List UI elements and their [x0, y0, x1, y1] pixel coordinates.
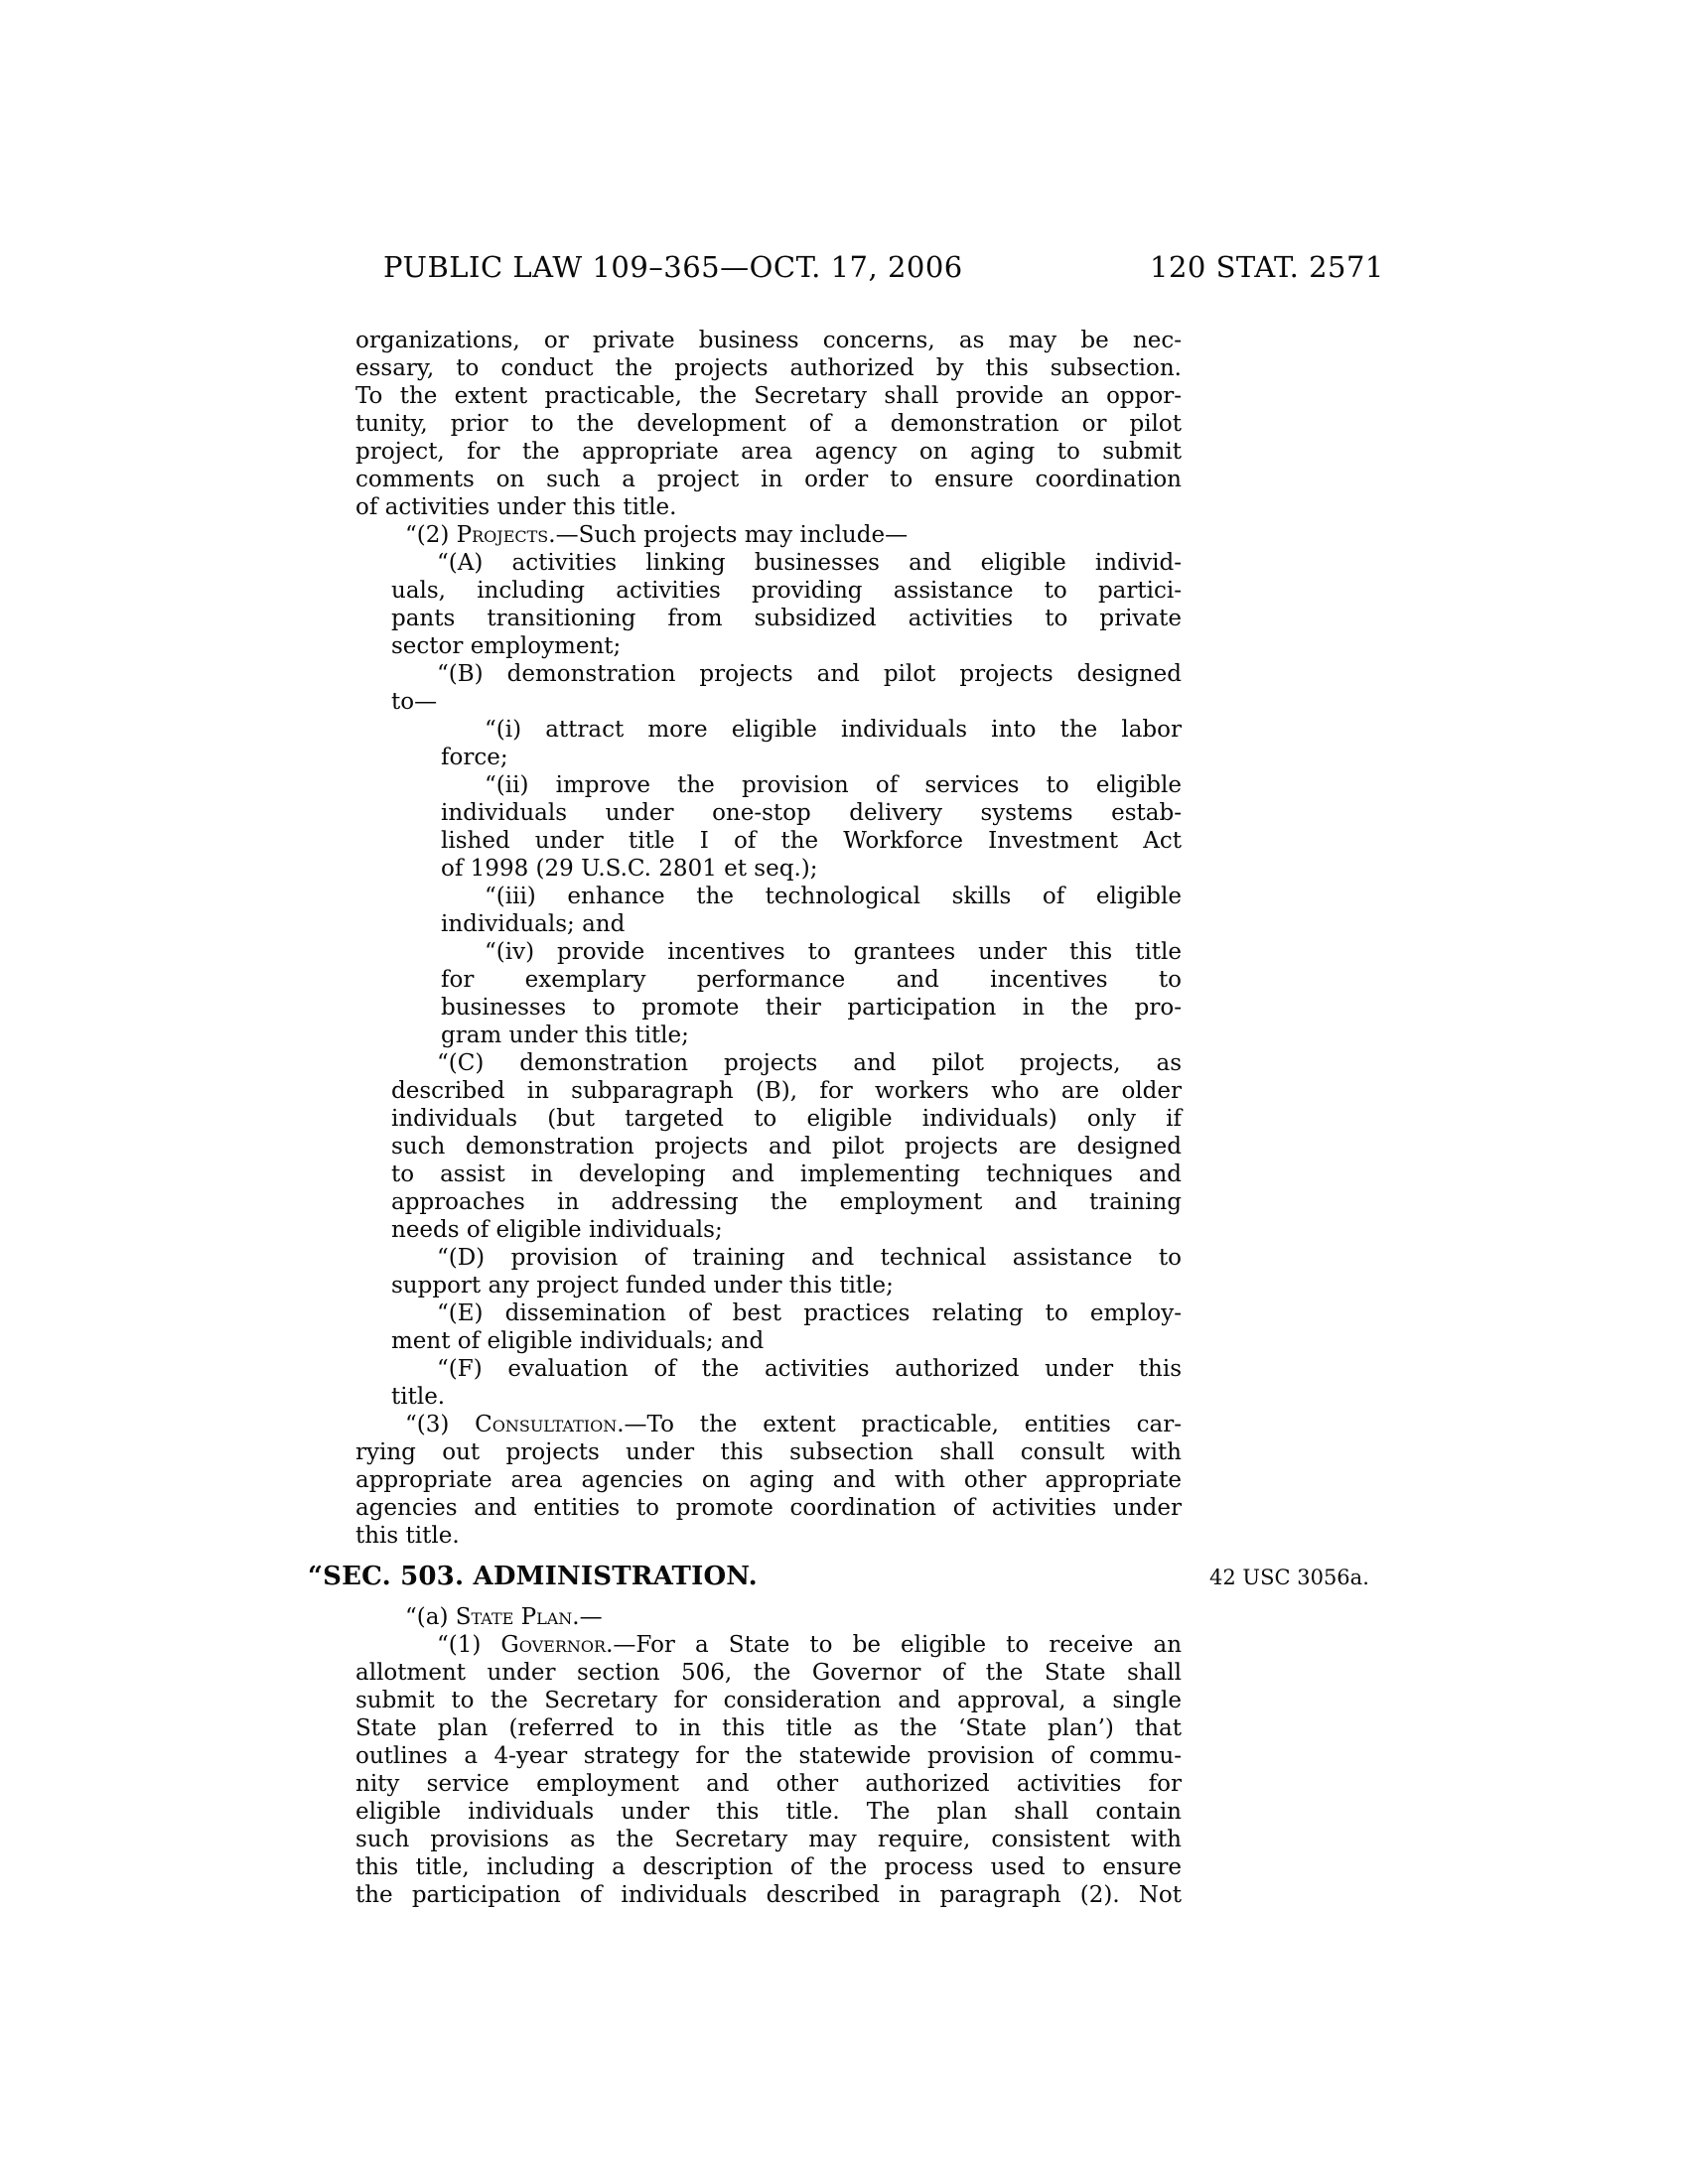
- statute-line: submit to the Secretary for consideratio…: [355, 1687, 1182, 1714]
- statute-line: “(1) Governor.—For a State to be eligibl…: [355, 1631, 1182, 1659]
- statute-line: described in subparagraph (B), for worke…: [355, 1077, 1182, 1105]
- statute-line: “(i) attract more eligible individuals i…: [355, 716, 1182, 744]
- statute-line: “(F) evaluation of the activities author…: [355, 1355, 1182, 1383]
- statute-line: of activities under this title.: [355, 493, 1182, 521]
- statute-line: gram under this title;: [355, 1022, 1182, 1049]
- statute-line: support any project funded under this ti…: [355, 1272, 1182, 1299]
- running-header-law-title: PUBLIC LAW 109–365—OCT. 17, 2006: [383, 251, 963, 283]
- statute-line: outlines a 4-year strategy for the state…: [355, 1742, 1182, 1770]
- statute-line: individuals (but targeted to eligible in…: [355, 1105, 1182, 1133]
- statute-line: such provisions as the Secretary may req…: [355, 1826, 1182, 1853]
- statute-line: ment of eligible individuals; and: [355, 1327, 1182, 1355]
- statute-line: State plan (referred to in this title as…: [355, 1714, 1182, 1742]
- statute-line: this title, including a description of t…: [355, 1853, 1182, 1881]
- statute-line: needs of eligible individuals;: [355, 1216, 1182, 1244]
- section-heading: “SEC. 503. ADMINISTRATION.: [308, 1562, 1182, 1591]
- statute-line: agencies and entities to promote coordin…: [355, 1494, 1182, 1522]
- statute-line: title.: [355, 1383, 1182, 1411]
- statute-line: nity service employment and other author…: [355, 1770, 1182, 1798]
- statute-line: “(B) demonstration projects and pilot pr…: [355, 660, 1182, 688]
- statute-line: this title.: [355, 1522, 1182, 1550]
- statute-line: “(iv) provide incentives to grantees und…: [355, 938, 1182, 966]
- statute-line: eligible individuals under this title. T…: [355, 1798, 1182, 1826]
- statute-line: pants transitioning from subsidized acti…: [355, 605, 1182, 632]
- statute-line: “(ii) improve the provision of services …: [355, 771, 1182, 799]
- statute-line: “(A) activities linking businesses and e…: [355, 549, 1182, 577]
- statute-line: allotment under section 506, the Governo…: [355, 1659, 1182, 1687]
- post-section-text-block: “(a) State Plan.—“(1) Governor.—For a St…: [355, 1603, 1182, 1909]
- statute-line: essary, to conduct the projects authoriz…: [355, 354, 1182, 382]
- running-header-stat-page-number: 120 STAT. 2571: [1150, 251, 1384, 283]
- statute-line: “(iii) enhance the technological skills …: [355, 883, 1182, 910]
- uscode-margin-note: 42 USC 3056a.: [1209, 1566, 1369, 1589]
- statute-line: lished under title I of the Workforce In…: [355, 827, 1182, 855]
- statute-line: force;: [355, 744, 1182, 771]
- statute-line: individuals; and: [355, 910, 1182, 938]
- statute-line: “(3) Consultation.—To the extent practic…: [355, 1411, 1182, 1438]
- statute-line: to—: [355, 688, 1182, 716]
- statute-line: “(D) provision of training and technical…: [355, 1244, 1182, 1272]
- statute-page: PUBLIC LAW 109–365—OCT. 17, 2006 120 STA…: [0, 0, 1688, 2184]
- statute-line: uals, including activities providing ass…: [355, 577, 1182, 605]
- statute-line: for exemplary performance and incentives…: [355, 966, 1182, 994]
- statute-line: such demonstration projects and pilot pr…: [355, 1133, 1182, 1160]
- statute-line: “(C) demonstration projects and pilot pr…: [355, 1049, 1182, 1077]
- statute-line: the participation of individuals describ…: [355, 1881, 1182, 1909]
- text-column: organizations, or private business conce…: [355, 327, 1182, 1909]
- small-caps-term: Projects: [457, 522, 549, 548]
- small-caps-term: Governor: [500, 1632, 606, 1658]
- pre-section-text-block: organizations, or private business conce…: [355, 327, 1182, 1550]
- statute-line: “(E) dissemination of best practices rel…: [355, 1299, 1182, 1327]
- statute-line: organizations, or private business conce…: [355, 327, 1182, 354]
- statute-line: to assist in developing and implementing…: [355, 1160, 1182, 1188]
- statute-line: “(a) State Plan.—: [355, 1603, 1182, 1631]
- statute-line: individuals under one-stop delivery syst…: [355, 799, 1182, 827]
- small-caps-term: Consultation: [475, 1412, 617, 1437]
- statute-line: of 1998 (29 U.S.C. 2801 et seq.);: [355, 855, 1182, 883]
- statute-line: To the extent practicable, the Secretary…: [355, 382, 1182, 410]
- statute-line: sector employment;: [355, 632, 1182, 660]
- statute-line: approaches in addressing the employment …: [355, 1188, 1182, 1216]
- statute-line: project, for the appropriate area agency…: [355, 438, 1182, 466]
- statute-line: rying out projects under this subsection…: [355, 1438, 1182, 1466]
- statute-line: tunity, prior to the development of a de…: [355, 410, 1182, 438]
- statute-line: businesses to promote their participatio…: [355, 994, 1182, 1022]
- statute-line: comments on such a project in order to e…: [355, 466, 1182, 493]
- small-caps-term: State Plan: [456, 1604, 573, 1630]
- statute-line: appropriate area agencies on aging and w…: [355, 1466, 1182, 1494]
- statute-line: “(2) Projects.—Such projects may include…: [355, 521, 1182, 549]
